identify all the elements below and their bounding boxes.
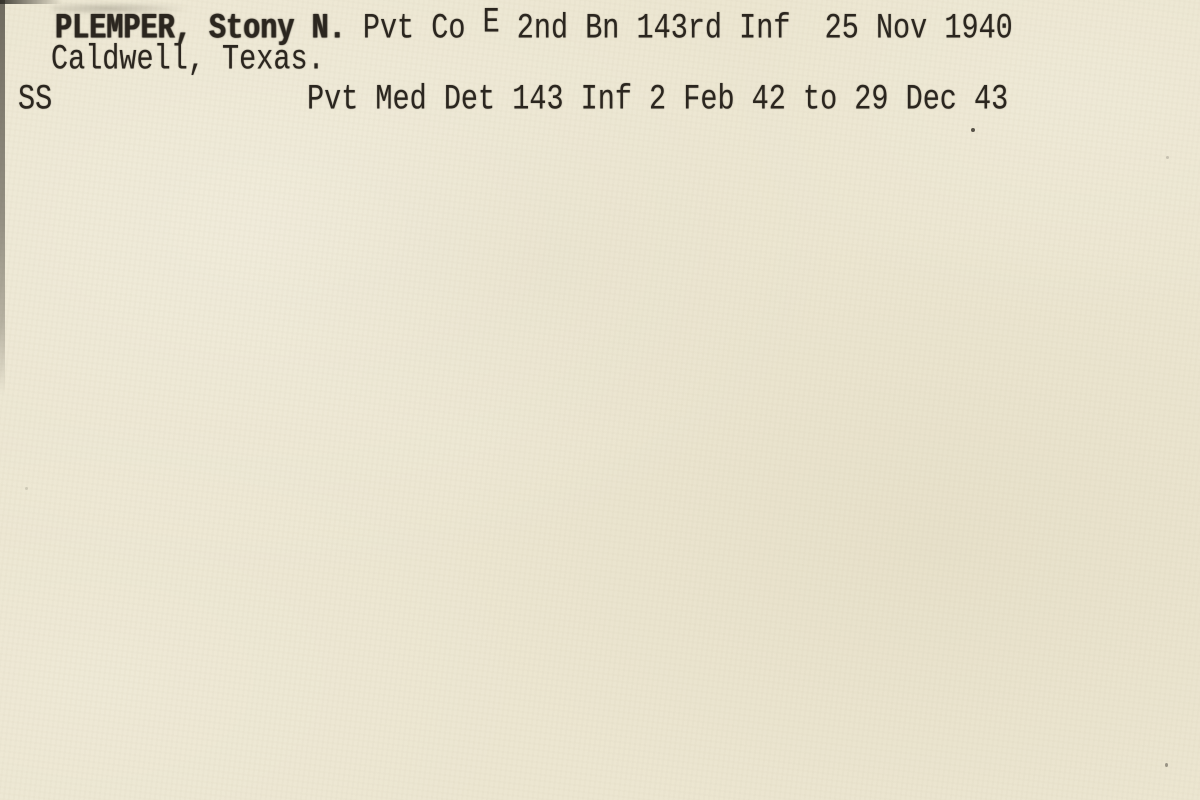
assignment-line: Pvt Med Det 143 Inf 2 Feb 42 to 29 Dec 4… xyxy=(307,83,1008,118)
ink-speck xyxy=(25,487,28,490)
index-card: PLEMPER, Stony N. Pvt Co E 2nd Bn 143rd … xyxy=(0,0,1200,800)
scan-edge-top xyxy=(0,0,62,4)
enlistment-date: 25 Nov 1940 xyxy=(825,8,1013,48)
scan-edge-left xyxy=(0,0,5,395)
residence-line: Caldwell, Texas. xyxy=(51,43,325,78)
ink-speck xyxy=(971,128,975,132)
unit-text: 2nd Bn 143rd Inf xyxy=(500,8,825,48)
paper-texture xyxy=(0,0,1200,800)
company-letter: E xyxy=(483,2,500,42)
service-code: SS xyxy=(18,83,52,118)
rank-unit-text: Pvt Co xyxy=(346,8,483,48)
ink-speck xyxy=(1165,763,1168,767)
ink-speck xyxy=(1166,156,1169,159)
